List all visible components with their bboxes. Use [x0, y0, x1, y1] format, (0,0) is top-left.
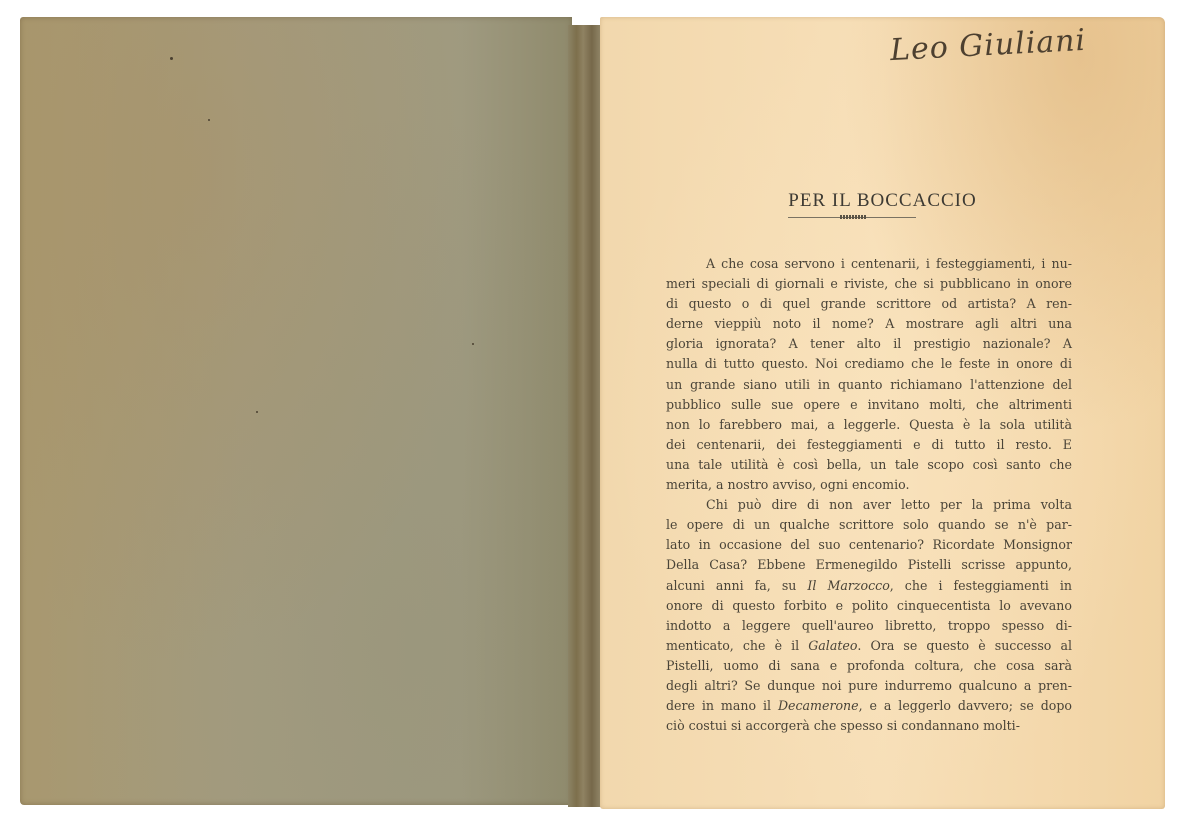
- paper-speck: [472, 343, 474, 345]
- text-line: dere in mano il Decamerone, e a leggerlo…: [666, 696, 1072, 716]
- paper-speck: [170, 57, 173, 60]
- text-line: ciò costui si accorgerà che spesso si co…: [666, 716, 1072, 736]
- text-line: non lo farebbero mai, a leggerle. Questa…: [666, 415, 1072, 435]
- text-line: di questo o di quel grande scrittore od …: [666, 294, 1072, 314]
- text-line: dei centenarii, dei festeggiamenti e di …: [666, 435, 1072, 455]
- text-line: merita, a nostro avviso, ogni encomio.: [666, 475, 1072, 495]
- text-line: un grande siano utili in quanto richiama…: [666, 375, 1072, 395]
- text-line: pubblico sulle sue opere e invitano molt…: [666, 395, 1072, 415]
- text-line: degli altri? Se dunque noi pure indurrem…: [666, 676, 1072, 696]
- text-line: menticato, che è il Galateo. Ora se ques…: [666, 636, 1072, 656]
- text-line: nulla di tutto questo. Noi crediamo che …: [666, 354, 1072, 374]
- text-line: A che cosa servono i centenarii, i feste…: [666, 254, 1072, 274]
- text-line: le opere di un qualche scrittore solo qu…: [666, 515, 1072, 535]
- book-spine: [568, 25, 602, 807]
- title-ornament: [840, 215, 866, 219]
- paper-speck: [256, 411, 258, 413]
- body-text: A che cosa servono i centenarii, i feste…: [666, 254, 1072, 736]
- left-cover-page: [20, 17, 572, 805]
- text-line: Della Casa? Ebbene Ermenegildo Pistelli …: [666, 555, 1072, 575]
- text-line: Chi può dire di non aver letto per la pr…: [666, 495, 1072, 515]
- text-line: lato in occasione del suo centenario? Ri…: [666, 535, 1072, 555]
- text-line: indotto a leggere quell'aureo libretto, …: [666, 616, 1072, 636]
- paper-speck: [208, 119, 210, 121]
- text-line: una tale utilità è così bella, un tale s…: [666, 455, 1072, 475]
- text-line: gloria ignorata? A tener alto il prestig…: [666, 334, 1072, 354]
- text-line: derne vieppiù noto il nome? A mostrare a…: [666, 314, 1072, 334]
- text-line: alcuni anni fa, su Il Marzocco, che i fe…: [666, 576, 1072, 596]
- text-line: Pistelli, uomo di sana e profonda coltur…: [666, 656, 1072, 676]
- page-title: PER IL BOCCACCIO: [600, 190, 1165, 212]
- text-line: meri speciali di giornali e riviste, che…: [666, 274, 1072, 294]
- text-line: onore di questo forbito e polito cinquec…: [666, 596, 1072, 616]
